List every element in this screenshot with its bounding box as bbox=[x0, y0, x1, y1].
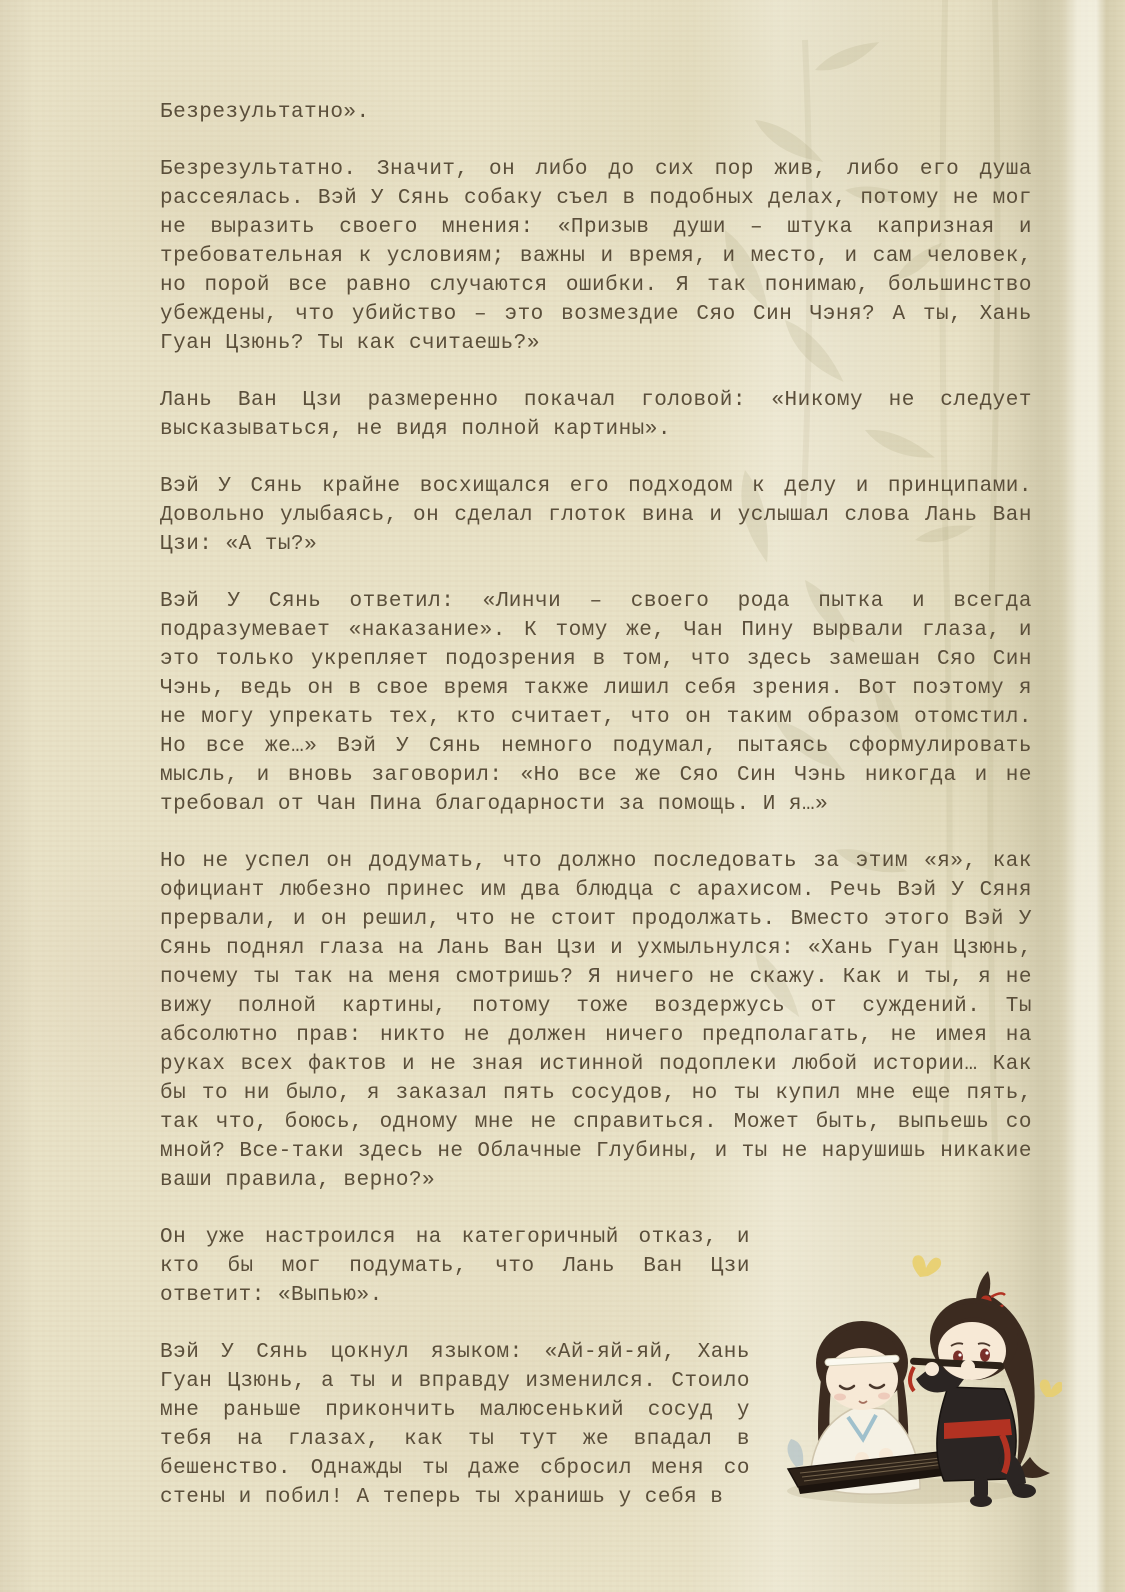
leaf-accent bbox=[787, 1439, 803, 1467]
paragraph: Вэй У Сянь ответил: «Линчи – своего рода… bbox=[160, 587, 1032, 819]
paragraph: Вэй У Сянь крайне восхищался его подходо… bbox=[160, 472, 1032, 559]
butterfly-icon bbox=[1040, 1379, 1062, 1397]
paragraph: Но не успел он додумать, что должно посл… bbox=[160, 847, 1032, 1195]
paragraph: Безрезультатно». bbox=[160, 98, 1032, 127]
butterfly-icon bbox=[912, 1255, 941, 1277]
chibi-illustration bbox=[770, 1229, 1062, 1511]
book-page: Безрезультатно». Безрезультатно. Значит,… bbox=[160, 98, 1032, 1540]
paragraph: Лань Ван Цзи размеренно покачал головой:… bbox=[160, 386, 1032, 444]
paragraph: Безрезультатно. Значит, он либо до сих п… bbox=[160, 155, 1032, 358]
